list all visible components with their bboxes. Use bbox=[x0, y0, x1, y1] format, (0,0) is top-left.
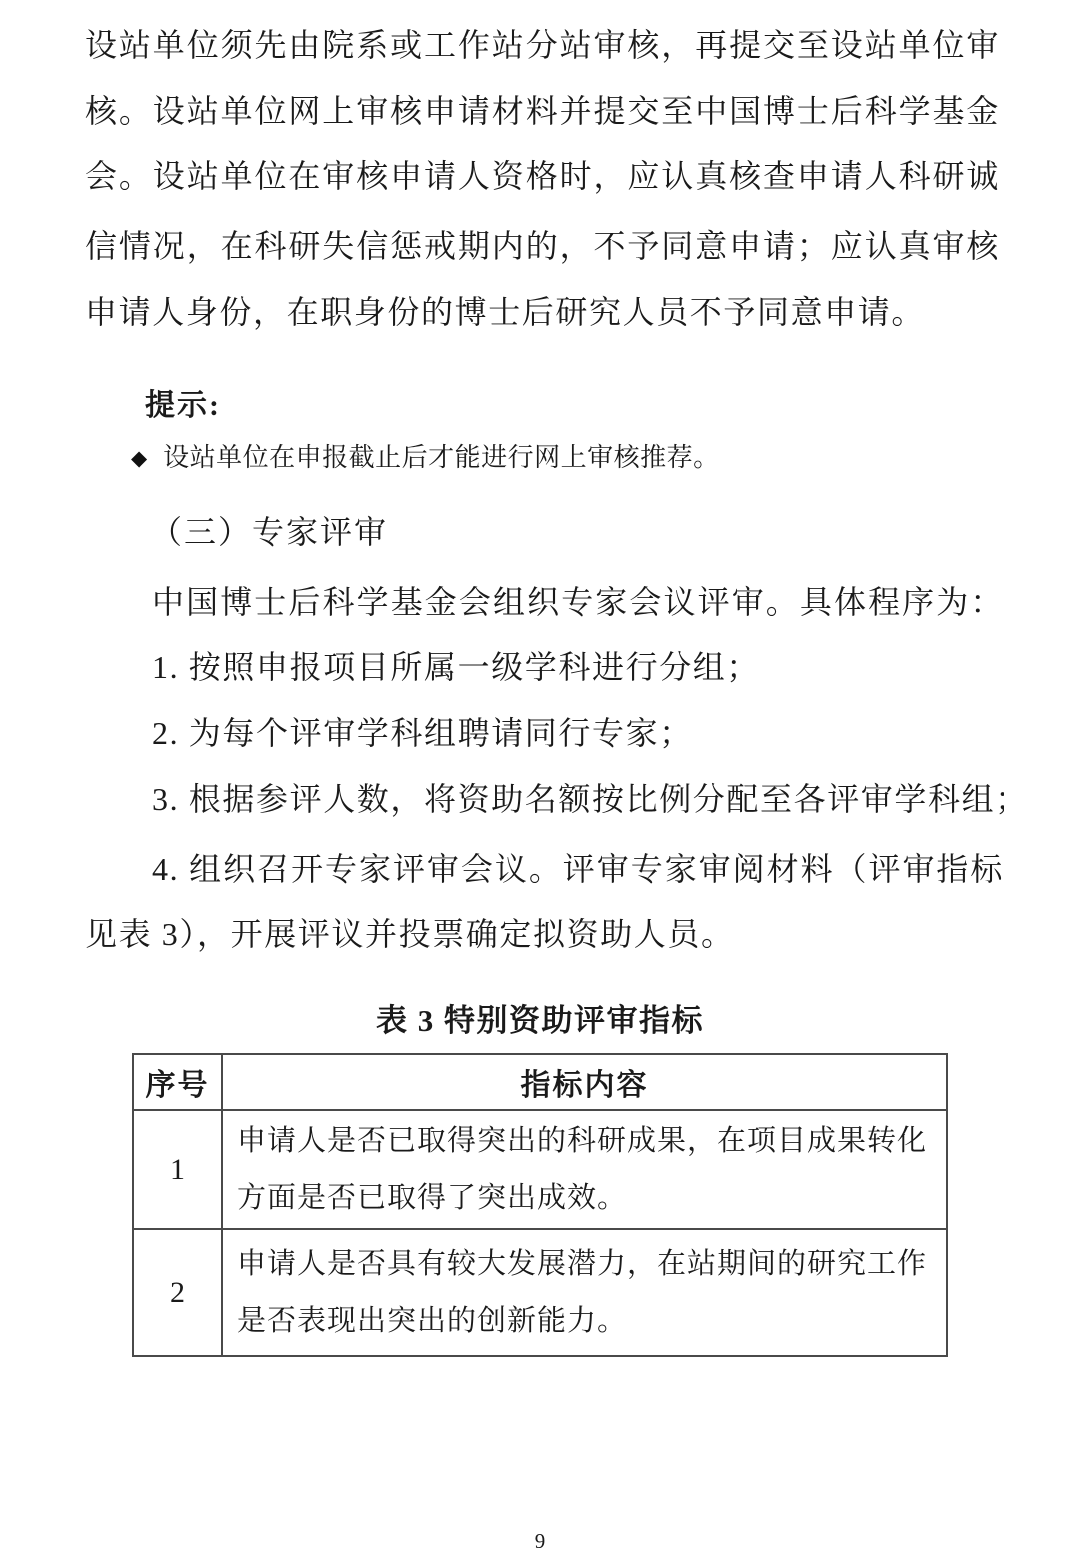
paragraph-line: 设站单位须先由院系或工作站分站审核，再提交至设站单位审 bbox=[85, 23, 1000, 67]
diamond-bullet-icon: ◆ bbox=[131, 441, 147, 475]
table-header-no: 序号 bbox=[134, 1055, 223, 1109]
step-item-4: 4. 组织召开专家评审会议。评审专家审阅材料（评审指标 bbox=[152, 847, 1004, 891]
document-page: 设站单位须先由院系或工作站分站审核，再提交至设站单位审 核。设站单位网上审核申请… bbox=[0, 0, 1080, 1548]
paragraph-line: 核。设站单位网上审核申请材料并提交至中国博士后科学基金 bbox=[85, 89, 1000, 133]
row-number: 2 bbox=[134, 1228, 223, 1355]
table-header-content: 指标内容 bbox=[223, 1055, 946, 1109]
table-title: 表 3 特别资助评审指标 bbox=[0, 1000, 1080, 1042]
tip-bullet-text: 设站单位在申报截止后才能进行网上审核推荐。 bbox=[163, 440, 720, 476]
step-4-continuation: 见表 3），开展评议并投票确定拟资助人员。 bbox=[85, 912, 735, 956]
row-content: 申请人是否已取得突出的科研成果，在项目成果转化 方面是否已取得了突出成效。 bbox=[223, 1109, 946, 1228]
review-criteria-table: 序号 指标内容 1 申请人是否已取得突出的科研成果，在项目成果转化 方面是否已取… bbox=[132, 1053, 948, 1357]
paragraph-line: 申请人身份，在职身份的博士后研究人员不予同意申请。 bbox=[85, 290, 1000, 334]
tip-label: 提示: bbox=[145, 386, 221, 426]
tip-bullet-row: ◆ 设站单位在申报截止后才能进行网上审核推荐。 bbox=[131, 440, 720, 476]
step-item-2: 2. 为每个评审学科组聘请同行专家； bbox=[152, 711, 1004, 755]
row-number: 1 bbox=[134, 1109, 223, 1228]
paragraph-line: 信情况，在科研失信惩戒期内的，不予同意申请；应认真审核 bbox=[85, 224, 1000, 268]
section-heading: （三）专家评审 bbox=[150, 510, 388, 554]
row-content: 申请人是否具有较大发展潜力，在站期间的研究工作 是否表现出突出的创新能力。 bbox=[223, 1228, 946, 1355]
step-item-3: 3. 根据参评人数，将资助名额按比例分配至各评审学科组； bbox=[152, 777, 1004, 821]
step-item-1: 1. 按照申报项目所属一级学科进行分组； bbox=[152, 645, 1004, 689]
section-intro: 中国博士后科学基金会组织专家会议评审。具体程序为： bbox=[152, 580, 1004, 624]
page-number: 9 bbox=[0, 1527, 1080, 1548]
paragraph-line: 会。设站单位在审核申请人资格时，应认真核查申请人科研诚 bbox=[85, 154, 1000, 198]
